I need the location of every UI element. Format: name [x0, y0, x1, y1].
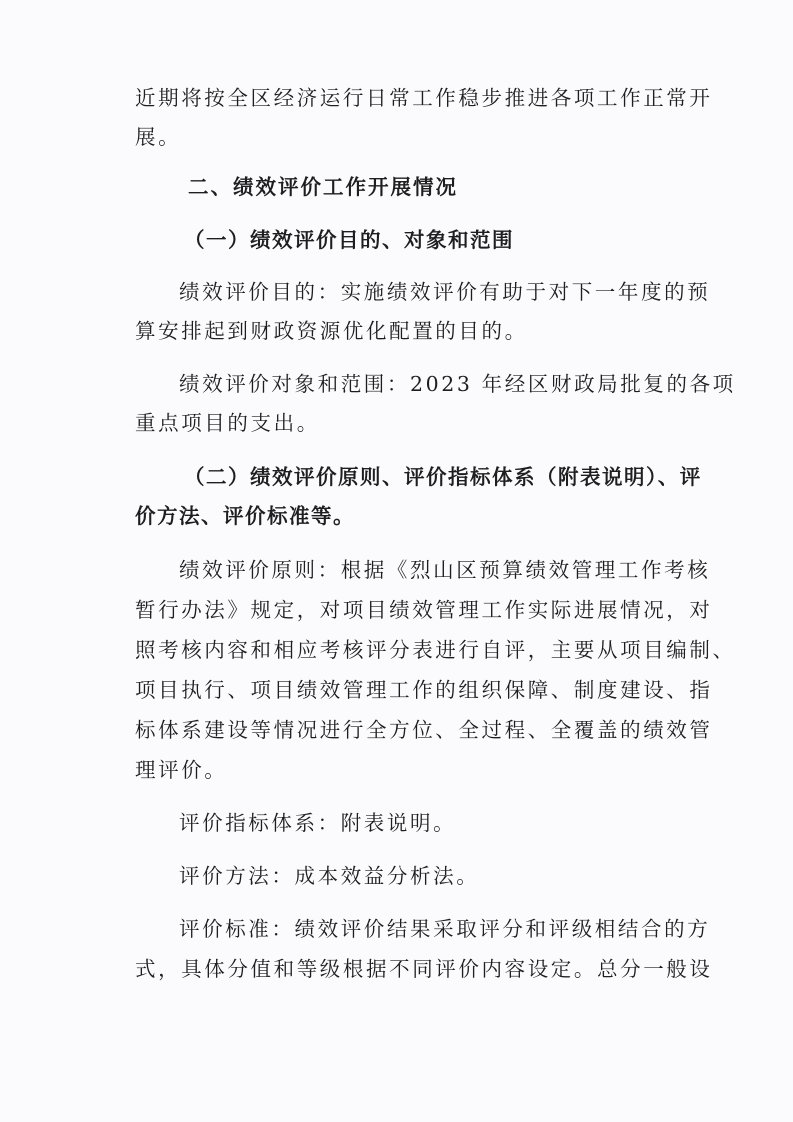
paragraph-line: 绩效评价目的：实施绩效评价有助于对下一年度的预: [179, 278, 657, 306]
paragraph-line: 项目执行、项目绩效管理工作的组织保障、制度建设、指: [135, 676, 657, 704]
paragraph-line: 评价方法：成本效益分析法。: [179, 862, 657, 890]
section-heading: 二、绩效评价工作开展情况: [188, 173, 458, 201]
subsection-heading: （一）绩效评价目的、对象和范围: [184, 226, 706, 254]
paragraph-line: 绩效评价原则：根据《烈山区预算绩效管理工作考核: [179, 556, 657, 584]
paragraph-line: 式，具体分值和等级根据不同评价内容设定。总分一般设: [135, 955, 657, 983]
subsection-heading: 价方法、评价标准等。: [135, 502, 657, 530]
paragraph-line: 照考核内容和相应考核评分表进行自评，主要从项目编制、: [135, 636, 657, 664]
paragraph-line: 理评价。: [135, 756, 657, 784]
paragraph-line: 重点项目的支出。: [135, 409, 657, 437]
document-page: 近期将按全区经济运行日常工作稳步推进各项工作正常开 展。 二、绩效评价工作开展情…: [0, 0, 793, 1122]
paragraph-line: 展。: [135, 123, 657, 151]
paragraph-line: 近期将按全区经济运行日常工作稳步推进各项工作正常开: [135, 84, 657, 112]
subsection-heading: （二）绩效评价原则、评价指标体系（附表说明）、评: [184, 463, 657, 491]
paragraph-line: 绩效评价对象和范围：2023 年经区财政局批复的各项: [179, 370, 657, 398]
paragraph-line: 标体系建设等情况进行全方位、全过程、全覆盖的绩效管: [135, 716, 657, 744]
paragraph-line: 算安排起到财政资源优化配置的目的。: [135, 317, 657, 345]
paragraph-line: 评价标准：绩效评价结果采取评分和评级相结合的方: [179, 915, 657, 943]
paragraph-line: 暂行办法》规定，对项目绩效管理工作实际进展情况，对: [135, 596, 657, 624]
paragraph-line: 评价指标体系：附表说明。: [179, 809, 657, 837]
